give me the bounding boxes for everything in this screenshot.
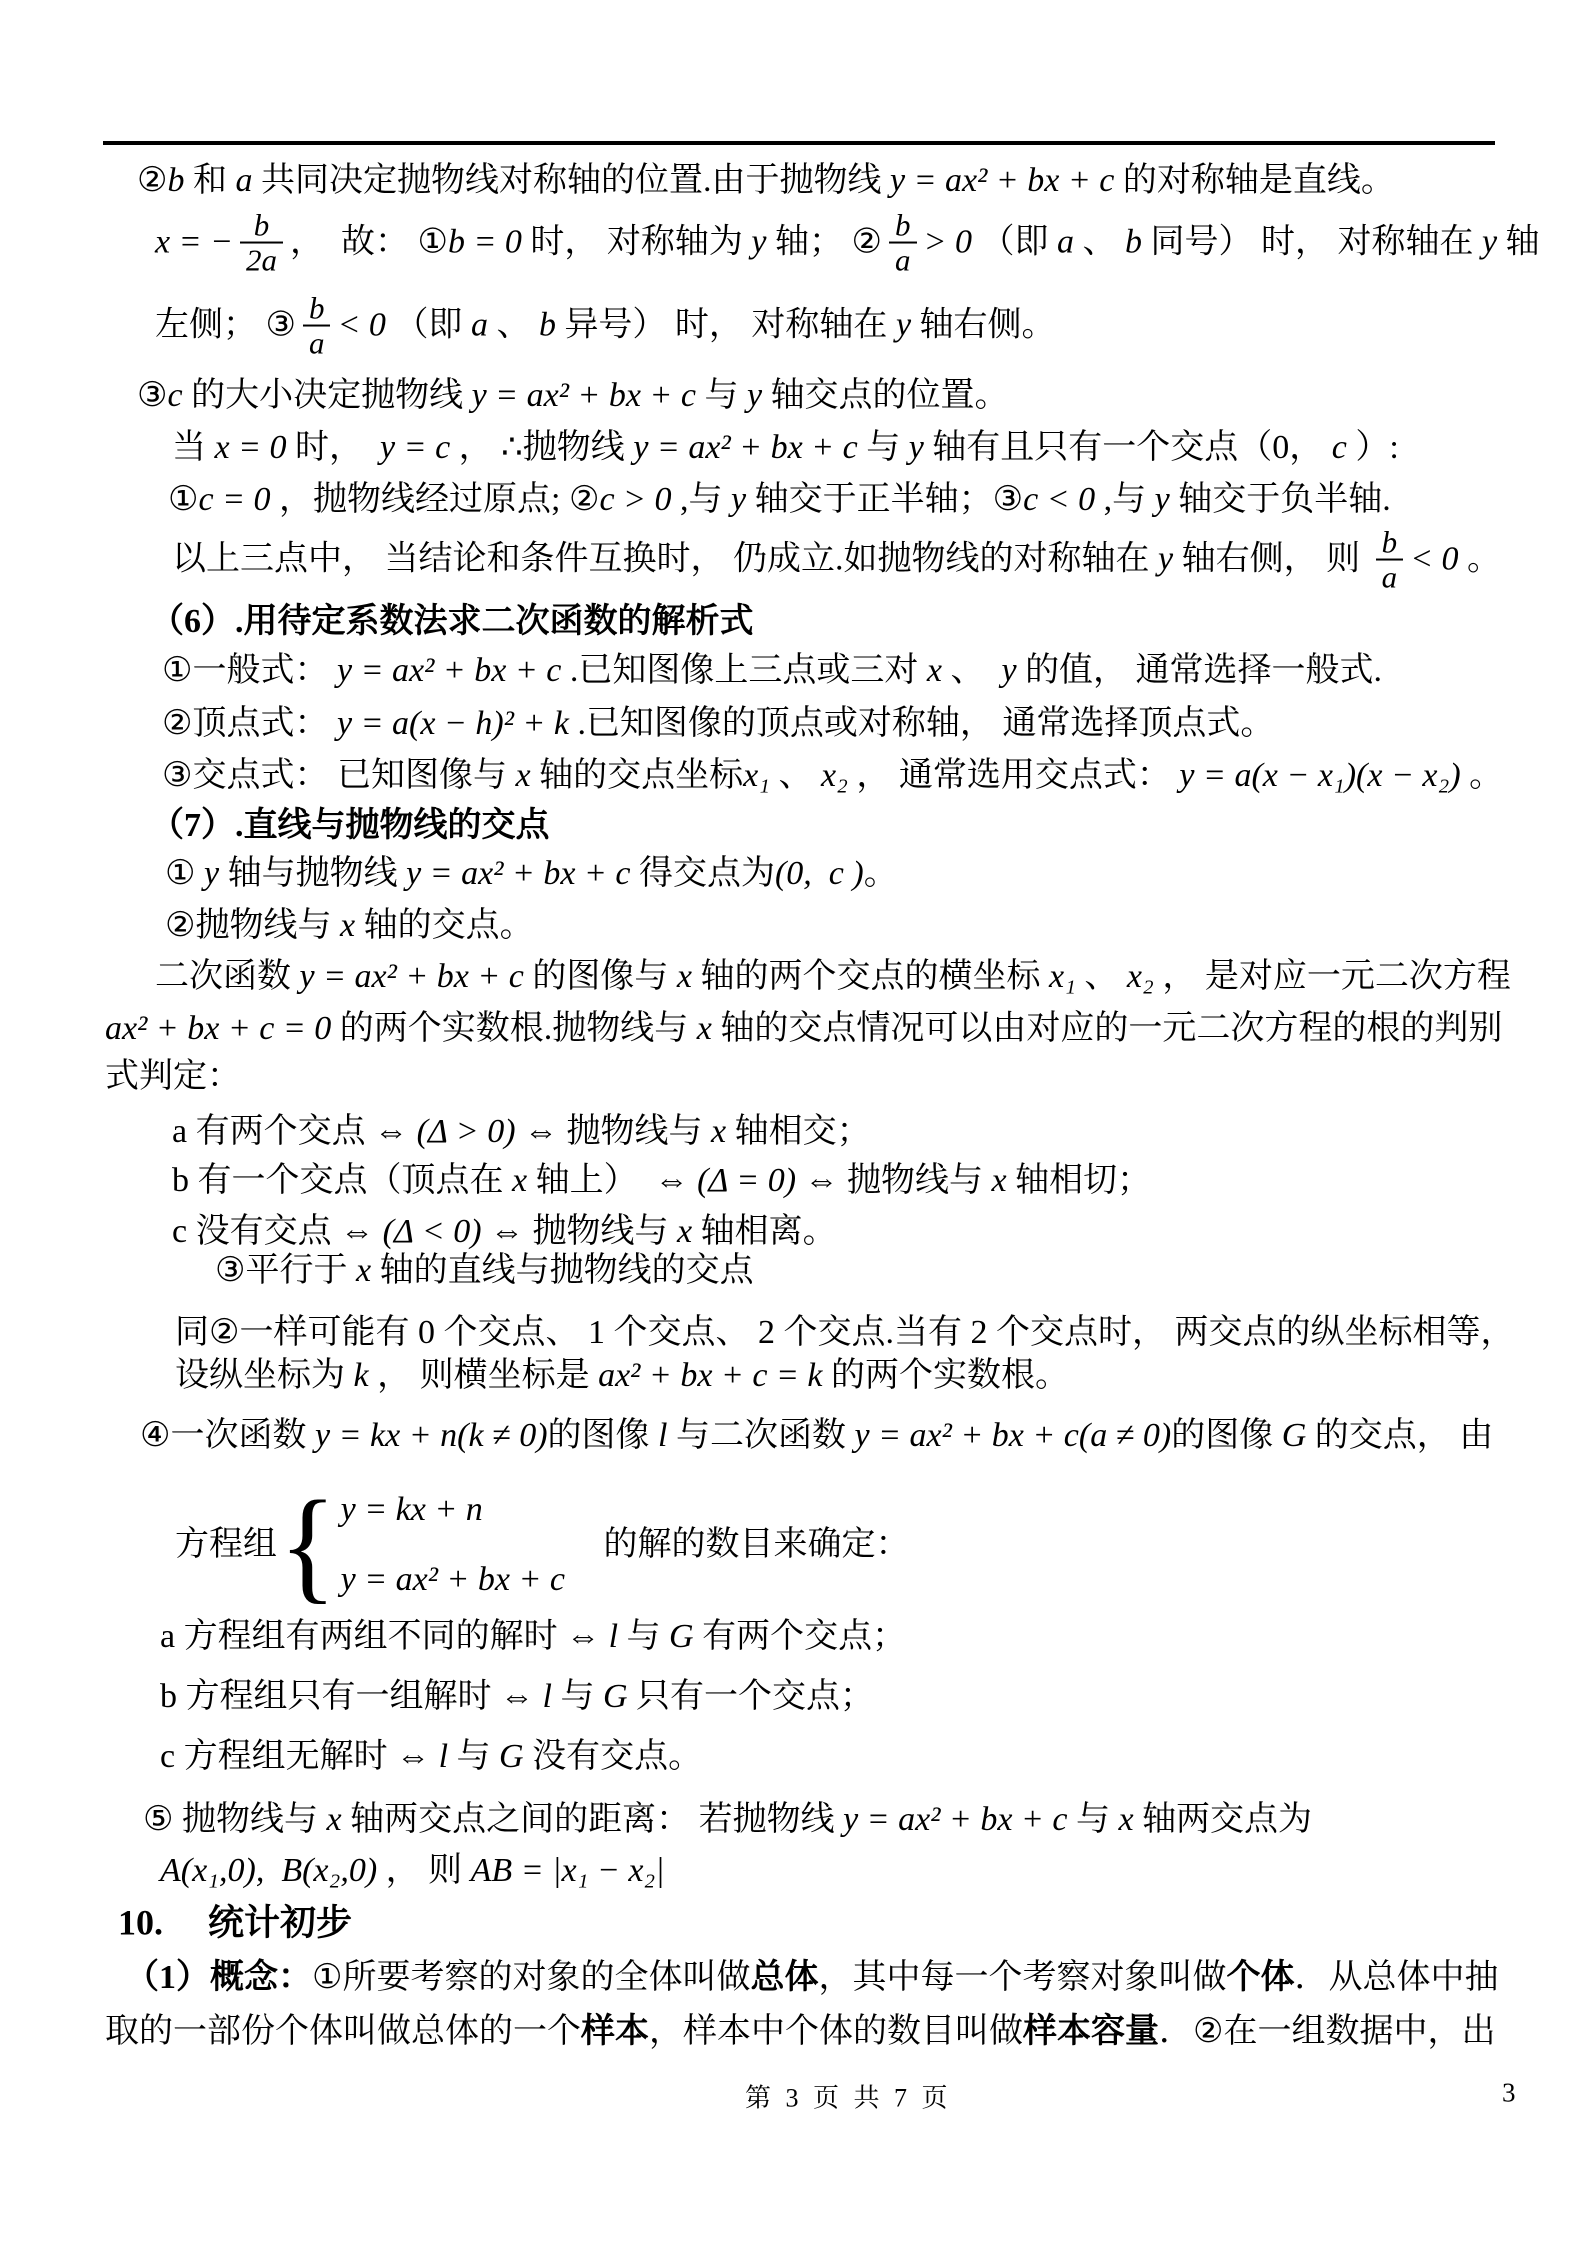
math-run: ⇔ (Δ = 0) ⇔ (655, 1160, 839, 1203)
text-run: 、 (942, 650, 1002, 693)
text-run: c 没有交点 (172, 1211, 340, 1254)
text-run: 轴； ② (767, 222, 882, 265)
text-line: ①一般式： y = ax² + bx + c .已知图像上三点或三对 x 、 y… (162, 650, 1382, 693)
fraction-denominator: 2a (240, 242, 283, 277)
footer-page-indicator: 第 3 页 共 7 页 (745, 2078, 952, 2115)
fraction-denominator: a (1376, 559, 1404, 594)
math-run: < 0 (1410, 539, 1458, 582)
text-run: ， 则横坐标是 (369, 1355, 599, 1398)
text-run: （即 (972, 222, 1057, 265)
text-run: 、 (1074, 222, 1125, 265)
text-line: b 有一个交点（顶点在 x 轴上） ⇔ (Δ = 0) ⇔ 抛物线与 x 轴相切… (172, 1160, 1151, 1203)
math-run: y = ax² + bx + c (472, 375, 696, 418)
text-line: 式判定： (105, 1056, 241, 1099)
bold-text-run: （6）.用待定系数法求二次函数的解析式 (150, 601, 754, 644)
document-page: ②b 和 a 共同决定抛物线对称轴的位置.由于抛物线 y = ax² + bx … (0, 0, 1587, 2245)
text-run: ， ∴抛物线 (450, 427, 633, 470)
math-run: G (499, 1736, 524, 1779)
equation-stack: y = kx + ny = ax² + bx + c (341, 1489, 565, 1602)
text-run: 轴右侧， 则 (1173, 539, 1369, 582)
text-run: b 方程组只有一组解时 (160, 1676, 500, 1719)
text-run: ①所要考察的对象的全体叫做 (312, 1957, 750, 2000)
math-run: y = ax² + bx + c (633, 427, 857, 470)
text-line: a 有两个交点 ⇔ (Δ > 0) ⇔ 抛物线与 x 轴相交； (172, 1111, 871, 1154)
math-run: y = ax² + bx + c (406, 853, 630, 896)
math-run: y (909, 427, 924, 470)
math-run: x (512, 1160, 527, 1203)
text-line: c 没有交点 ⇔ (Δ < 0) ⇔ 抛物线与 x 轴相离。 (172, 1211, 837, 1254)
text-line: 当 x = 0 时， y = c ， ∴抛物线 y = ax² + bx + c… (172, 427, 1399, 470)
text-run: a 方程组有两组不同的解时 (160, 1616, 566, 1659)
math-run: c = 0 (198, 479, 270, 522)
text-line: ②顶点式： y = a(x − h)² + k .已知图像的顶点或对称轴， 通常… (162, 703, 1274, 746)
text-run: ，样本中个体的数目叫做 (649, 2011, 1023, 2054)
math-run: x (340, 905, 355, 948)
text-run: 轴与抛物线 (219, 853, 406, 896)
text-line: ②抛物线与 x 轴的交点。 (165, 905, 534, 948)
text-line: 左侧； ③ba< 0 （即 a 、 b 异号） 时， 对称轴在 y 轴右侧。 (155, 292, 1056, 361)
text-run: 轴相交； (726, 1111, 871, 1154)
fraction-numerator: b (248, 209, 276, 242)
math-run: y = a(x − x₁)(x − x₂) (1179, 755, 1460, 798)
text-run: 左侧； ③ (155, 305, 296, 348)
text-line: b 方程组只有一组解时 ⇔ l 与 G 只有一个交点； (160, 1676, 874, 1719)
text-run: ,与 (672, 479, 732, 522)
math-run: y = kx + n(k ≠ 0) (315, 1415, 548, 1458)
text-run: 轴右侧。 (911, 305, 1056, 348)
text-run: 轴的两个交点的横坐标 (692, 956, 1049, 999)
math-run: y (896, 305, 911, 348)
math-run: > 0 (924, 222, 972, 265)
math-run: x₁ (1049, 956, 1076, 999)
text-run: ① (168, 479, 198, 522)
math-run: G (669, 1616, 694, 1659)
text-run: ,与 (1095, 479, 1155, 522)
text-line: ③c 的大小决定抛物线 y = ax² + bx + c 与 y 轴交点的位置。 (137, 375, 1009, 418)
text-line: c 方程组无解时 ⇔ l 与 G 没有交点。 (160, 1736, 702, 1779)
text-line: 10. 统计初步 (118, 1901, 352, 1946)
math-run: y = ax² + bx + c(a ≠ 0) (855, 1415, 1172, 1458)
text-run: 同②一样可能有 0 个交点、 1 个交点、 2 个交点.当有 2 个交点时， 两… (175, 1312, 1514, 1355)
text-run: ③交点式： 已知图像与 (162, 755, 515, 798)
math-run: y (1158, 539, 1173, 582)
math-run: b (1125, 222, 1142, 265)
math-run: y = a(x − h)² + k (337, 703, 569, 746)
text-run: ④一次函数 (140, 1415, 315, 1458)
text-run: ， 则 (377, 1850, 471, 1893)
text-line: （1）概念：①所要考察的对象的全体叫做总体，其中每一个考察对象叫做个体．从总体中… (125, 1957, 1498, 2000)
text-run: ．从总体中抽 (1294, 1957, 1498, 2000)
math-run: x (1118, 1799, 1133, 1842)
fraction-denominator: a (889, 242, 917, 277)
text-run: ，抛物线经过原点; ② (271, 479, 600, 522)
math-run: x (697, 1008, 712, 1051)
math-run: y = ax² + bx + c (843, 1799, 1067, 1842)
text-run: 与 (1067, 1799, 1118, 1842)
text-run: 轴相切； (1007, 1160, 1152, 1203)
text-line: 取的一部份个体叫做总体的一个样本，样本中个体的数目叫做样本容量．②在一组数据中，… (105, 2011, 1495, 2054)
text-run: 抛物线与 (524, 1211, 677, 1254)
text-run: 轴交于负半轴. (1170, 479, 1391, 522)
text-run: 与 (618, 1616, 669, 1659)
fraction-denominator: a (303, 325, 331, 360)
text-run: 、 (1076, 956, 1127, 999)
math-run: y = ax² + bx + c (337, 650, 561, 693)
text-line: ④一次函数 y = kx + n(k ≠ 0)的图像 l 与二次函数 y = a… (140, 1415, 1493, 1458)
math-run: x₁ (743, 755, 770, 798)
text-run: 的两个实数根.抛物线与 (331, 1008, 697, 1051)
math-run: x (515, 755, 530, 798)
math-run: ax² + bx + c = 0 (105, 1008, 331, 1051)
text-run: 共同决定抛物线对称轴的位置.由于抛物线 (252, 160, 890, 203)
fraction: ba (1376, 526, 1404, 595)
bold-text-run: 个体 (1226, 1957, 1294, 2000)
text-run: 轴两交点为 (1134, 1799, 1313, 1842)
fraction: b2a (240, 209, 283, 278)
bold-text-run: 10. 统计初步 (118, 1901, 352, 1946)
text-run: 。 (1461, 755, 1504, 798)
math-run: y (1001, 650, 1016, 693)
text-run: 轴交于正半轴；③ (746, 479, 1023, 522)
text-line: （7）.直线与抛物线的交点 (150, 805, 550, 848)
text-run: ②顶点式： (162, 703, 337, 746)
math-run: G (603, 1676, 628, 1719)
math-run: a (235, 160, 252, 203)
text-run: ③ (137, 375, 167, 418)
text-run: 与 (448, 1736, 499, 1779)
math-run: x (356, 1250, 371, 1293)
text-line: ① y 轴与抛物线 y = ax² + bx + c 得交点为(0, c )。 (165, 853, 898, 896)
text-run: ② (137, 160, 167, 203)
fraction-numerator: b (1376, 526, 1404, 559)
text-run: 的图像与 (524, 956, 677, 999)
math-run: ax² + bx + c = k (598, 1355, 822, 1398)
text-line: 方程组{y = kx + ny = ax² + bx + c 的解的数目来确定： (175, 1485, 910, 1605)
text-line: （6）.用待定系数法求二次函数的解析式 (150, 601, 754, 644)
text-line: 二次函数 y = ax² + bx + c 的图像与 x 轴的两个交点的横坐标 … (155, 956, 1511, 999)
math-run: y (751, 222, 766, 265)
math-run: b = 0 (448, 222, 522, 265)
math-run: < 0 (337, 305, 385, 348)
math-run: b (539, 305, 556, 348)
text-line: 以上三点中， 当结论和条件互换时， 仍成立.如抛物线的对称轴在 y 轴右侧， 则… (172, 526, 1501, 595)
text-run: 的图像 (1171, 1415, 1282, 1458)
text-run: 与 (858, 427, 909, 470)
page-number: 3 (1502, 2078, 1516, 2109)
text-run: 与 (552, 1676, 603, 1719)
text-run: 没有交点。 (524, 1736, 703, 1779)
text-run: .已知图像上三点或三对 (561, 650, 927, 693)
text-line: ⑤ 抛物线与 x 轴两交点之间的距离： 若抛物线 y = ax² + bx + … (143, 1799, 1312, 1842)
text-run: ．②在一组数据中，出 (1159, 2011, 1495, 2054)
text-run: 的交点， 由 (1306, 1415, 1493, 1458)
math-run: y (1482, 222, 1497, 265)
text-line: x = −b2a， 故： ①b = 0 时， 对称轴为 y 轴； ②ba> 0 … (155, 209, 1540, 278)
math-run: x (677, 956, 692, 999)
text-run: 轴相离。 (692, 1211, 837, 1254)
text-run: 方程组 (175, 1524, 277, 1567)
text-run: 轴的交点坐标 (531, 755, 744, 798)
text-run: 轴的直线与抛物线的交点 (371, 1250, 754, 1293)
text-run: 轴两交点之间的距离： 若抛物线 (342, 1799, 844, 1842)
text-run: 。 (1459, 539, 1502, 582)
text-run: 的两个实数根。 (822, 1355, 1069, 1398)
math-run: c (1332, 427, 1347, 470)
text-run: 异号） 时， 对称轴在 (556, 305, 896, 348)
math-run: x (677, 1211, 692, 1254)
text-run: ②抛物线与 (165, 905, 340, 948)
text-run: 时， (287, 427, 381, 470)
text-run: .已知图像的顶点或对称轴， 通常选择顶点式。 (569, 703, 1275, 746)
text-run: 和 (184, 160, 235, 203)
math-run: a (1057, 222, 1074, 265)
text-run: 时， 对称轴为 (522, 222, 752, 265)
math-run: y = ax² + bx + c (890, 160, 1114, 203)
math-run: y = c (380, 427, 450, 470)
text-run: 轴上） (527, 1160, 655, 1203)
text-run: 与二次函数 (668, 1415, 855, 1458)
text-line: a 方程组有两组不同的解时 ⇔ l 与 G 有两个交点； (160, 1616, 906, 1659)
bold-text-run: 样本 (581, 2011, 649, 2054)
math-run: y (731, 479, 746, 522)
text-run: 轴有且只有一个交点（0， (924, 427, 1332, 470)
text-line: ②b 和 a 共同决定抛物线对称轴的位置.由于抛物线 y = ax² + bx … (137, 160, 1395, 203)
text-line: ③交点式： 已知图像与 x 轴的交点坐标x₁ 、 x₂ ， 通常选用交点式： y… (162, 755, 1503, 798)
fraction: ba (889, 209, 917, 278)
text-run: 抛物线与 (558, 1111, 711, 1154)
math-run: A(x₁,0), B(x₂,0) (160, 1850, 377, 1893)
bold-text-run: 样本容量 (1023, 2011, 1159, 2054)
math-run: y (1155, 479, 1170, 522)
math-run: x₂ (1127, 956, 1154, 999)
text-run: 、 (770, 755, 821, 798)
math-run: x (711, 1111, 726, 1154)
math-run: c > 0 (599, 479, 671, 522)
text-line: ①c = 0 ，抛物线经过原点; ②c > 0 ,与 y 轴交于正半轴；③c <… (168, 479, 1391, 522)
math-run: y (747, 375, 762, 418)
text-run: 的解的数目来确定： (595, 1524, 910, 1567)
text-line: 设纵坐标为 k ， 则横坐标是 ax² + bx + c = k 的两个实数根。 (175, 1355, 1069, 1398)
math-run: G (1282, 1415, 1307, 1458)
text-run: ）: (1347, 427, 1399, 470)
math-run: ⇔ l (566, 1616, 618, 1659)
text-run: 当 (172, 427, 215, 470)
text-run: 取的一部份个体叫做总体的一个 (105, 2011, 581, 2054)
math-run: ⇔ (Δ < 0) ⇔ (340, 1211, 524, 1254)
math-run: ⇔ l (500, 1676, 552, 1719)
text-run: a 有两个交点 (172, 1111, 374, 1154)
text-run: 。 (864, 853, 898, 896)
fraction: ba (303, 292, 331, 361)
math-run: (0, c ) (775, 853, 864, 896)
text-run: 的值， 通常选择一般式. (1017, 650, 1383, 693)
math-run: l (658, 1415, 667, 1458)
math-run: x = − (155, 222, 233, 265)
text-run: （即 (386, 305, 471, 348)
text-run: 、 (488, 305, 539, 348)
text-run: 的图像 (548, 1415, 659, 1458)
text-run: 轴的交点情况可以由对应的一元二次方程的根的判别 (712, 1008, 1503, 1051)
text-run: ，其中每一个考察对象叫做 (818, 1957, 1226, 2000)
math-run: y = ax² + bx + c (300, 956, 524, 999)
system-brace: { (279, 1482, 337, 1608)
text-run: 得交点为 (630, 853, 775, 896)
equation: y = ax² + bx + c (341, 1559, 565, 1602)
math-run: ⇔ l (396, 1736, 448, 1779)
bold-text-run: （7）.直线与抛物线的交点 (150, 805, 550, 848)
math-run: ⇔ (Δ > 0) ⇔ (374, 1111, 558, 1154)
bold-text-run: 总体 (750, 1957, 818, 2000)
text-run: 轴交点的位置。 (762, 375, 1009, 418)
math-run: c < 0 (1023, 479, 1095, 522)
math-run: x = 0 (215, 427, 287, 470)
text-run: ⑤ 抛物线与 (143, 1799, 326, 1842)
text-run: b 有一个交点（顶点在 (172, 1160, 512, 1203)
text-line: 同②一样可能有 0 个交点、 1 个交点、 2 个交点.当有 2 个交点时， 两… (175, 1312, 1514, 1355)
fraction-numerator: b (303, 292, 331, 325)
bold-text-run: （1）概念： (125, 1957, 312, 2000)
text-run: c 方程组无解时 (160, 1736, 396, 1779)
math-run: AB = |x₁ − x₂| (471, 1850, 665, 1893)
math-run: b (167, 160, 184, 203)
math-run: x (326, 1799, 341, 1842)
text-run: 的大小决定抛物线 (183, 375, 472, 418)
text-run: ， 通常选用交点式： (848, 755, 1180, 798)
math-run: x (992, 1160, 1007, 1203)
text-run: 以上三点中， 当结论和条件互换时， 仍成立.如抛物线的对称轴在 (172, 539, 1158, 582)
text-line: A(x₁,0), B(x₂,0) ， 则 AB = |x₁ − x₂| (160, 1850, 665, 1893)
text-run: 轴的交点。 (355, 905, 534, 948)
text-run: ③平行于 (215, 1250, 356, 1293)
math-run: x₂ (821, 755, 848, 798)
text-run: 式判定： (105, 1056, 241, 1099)
equation: y = kx + n (341, 1489, 483, 1532)
math-run: x (927, 650, 942, 693)
text-run: 设纵坐标为 (175, 1355, 354, 1398)
text-run: 轴 (1497, 222, 1540, 265)
text-run: 抛物线与 (839, 1160, 992, 1203)
text-run: ， 故： ① (290, 222, 448, 265)
fraction-numerator: b (889, 209, 917, 242)
math-run: c (167, 375, 182, 418)
math-run: a (471, 305, 488, 348)
text-run: 同号） 时， 对称轴在 (1142, 222, 1482, 265)
text-line: ③平行于 x 轴的直线与抛物线的交点 (215, 1250, 754, 1293)
text-run: ①一般式： (162, 650, 337, 693)
text-run: ① (165, 853, 204, 896)
text-run: 只有一个交点； (628, 1676, 875, 1719)
math-run: k (354, 1355, 369, 1398)
text-run: ， 是对应一元二次方程 (1154, 956, 1511, 999)
text-line: ax² + bx + c = 0 的两个实数根.抛物线与 x 轴的交点情况可以由… (105, 1008, 1502, 1051)
text-run: 与 (696, 375, 747, 418)
text-run: 有两个交点； (694, 1616, 907, 1659)
text-run: 二次函数 (155, 956, 300, 999)
text-run: 的对称轴是直线。 (1114, 160, 1395, 203)
header-rule (103, 141, 1495, 145)
math-run: y (204, 853, 219, 896)
